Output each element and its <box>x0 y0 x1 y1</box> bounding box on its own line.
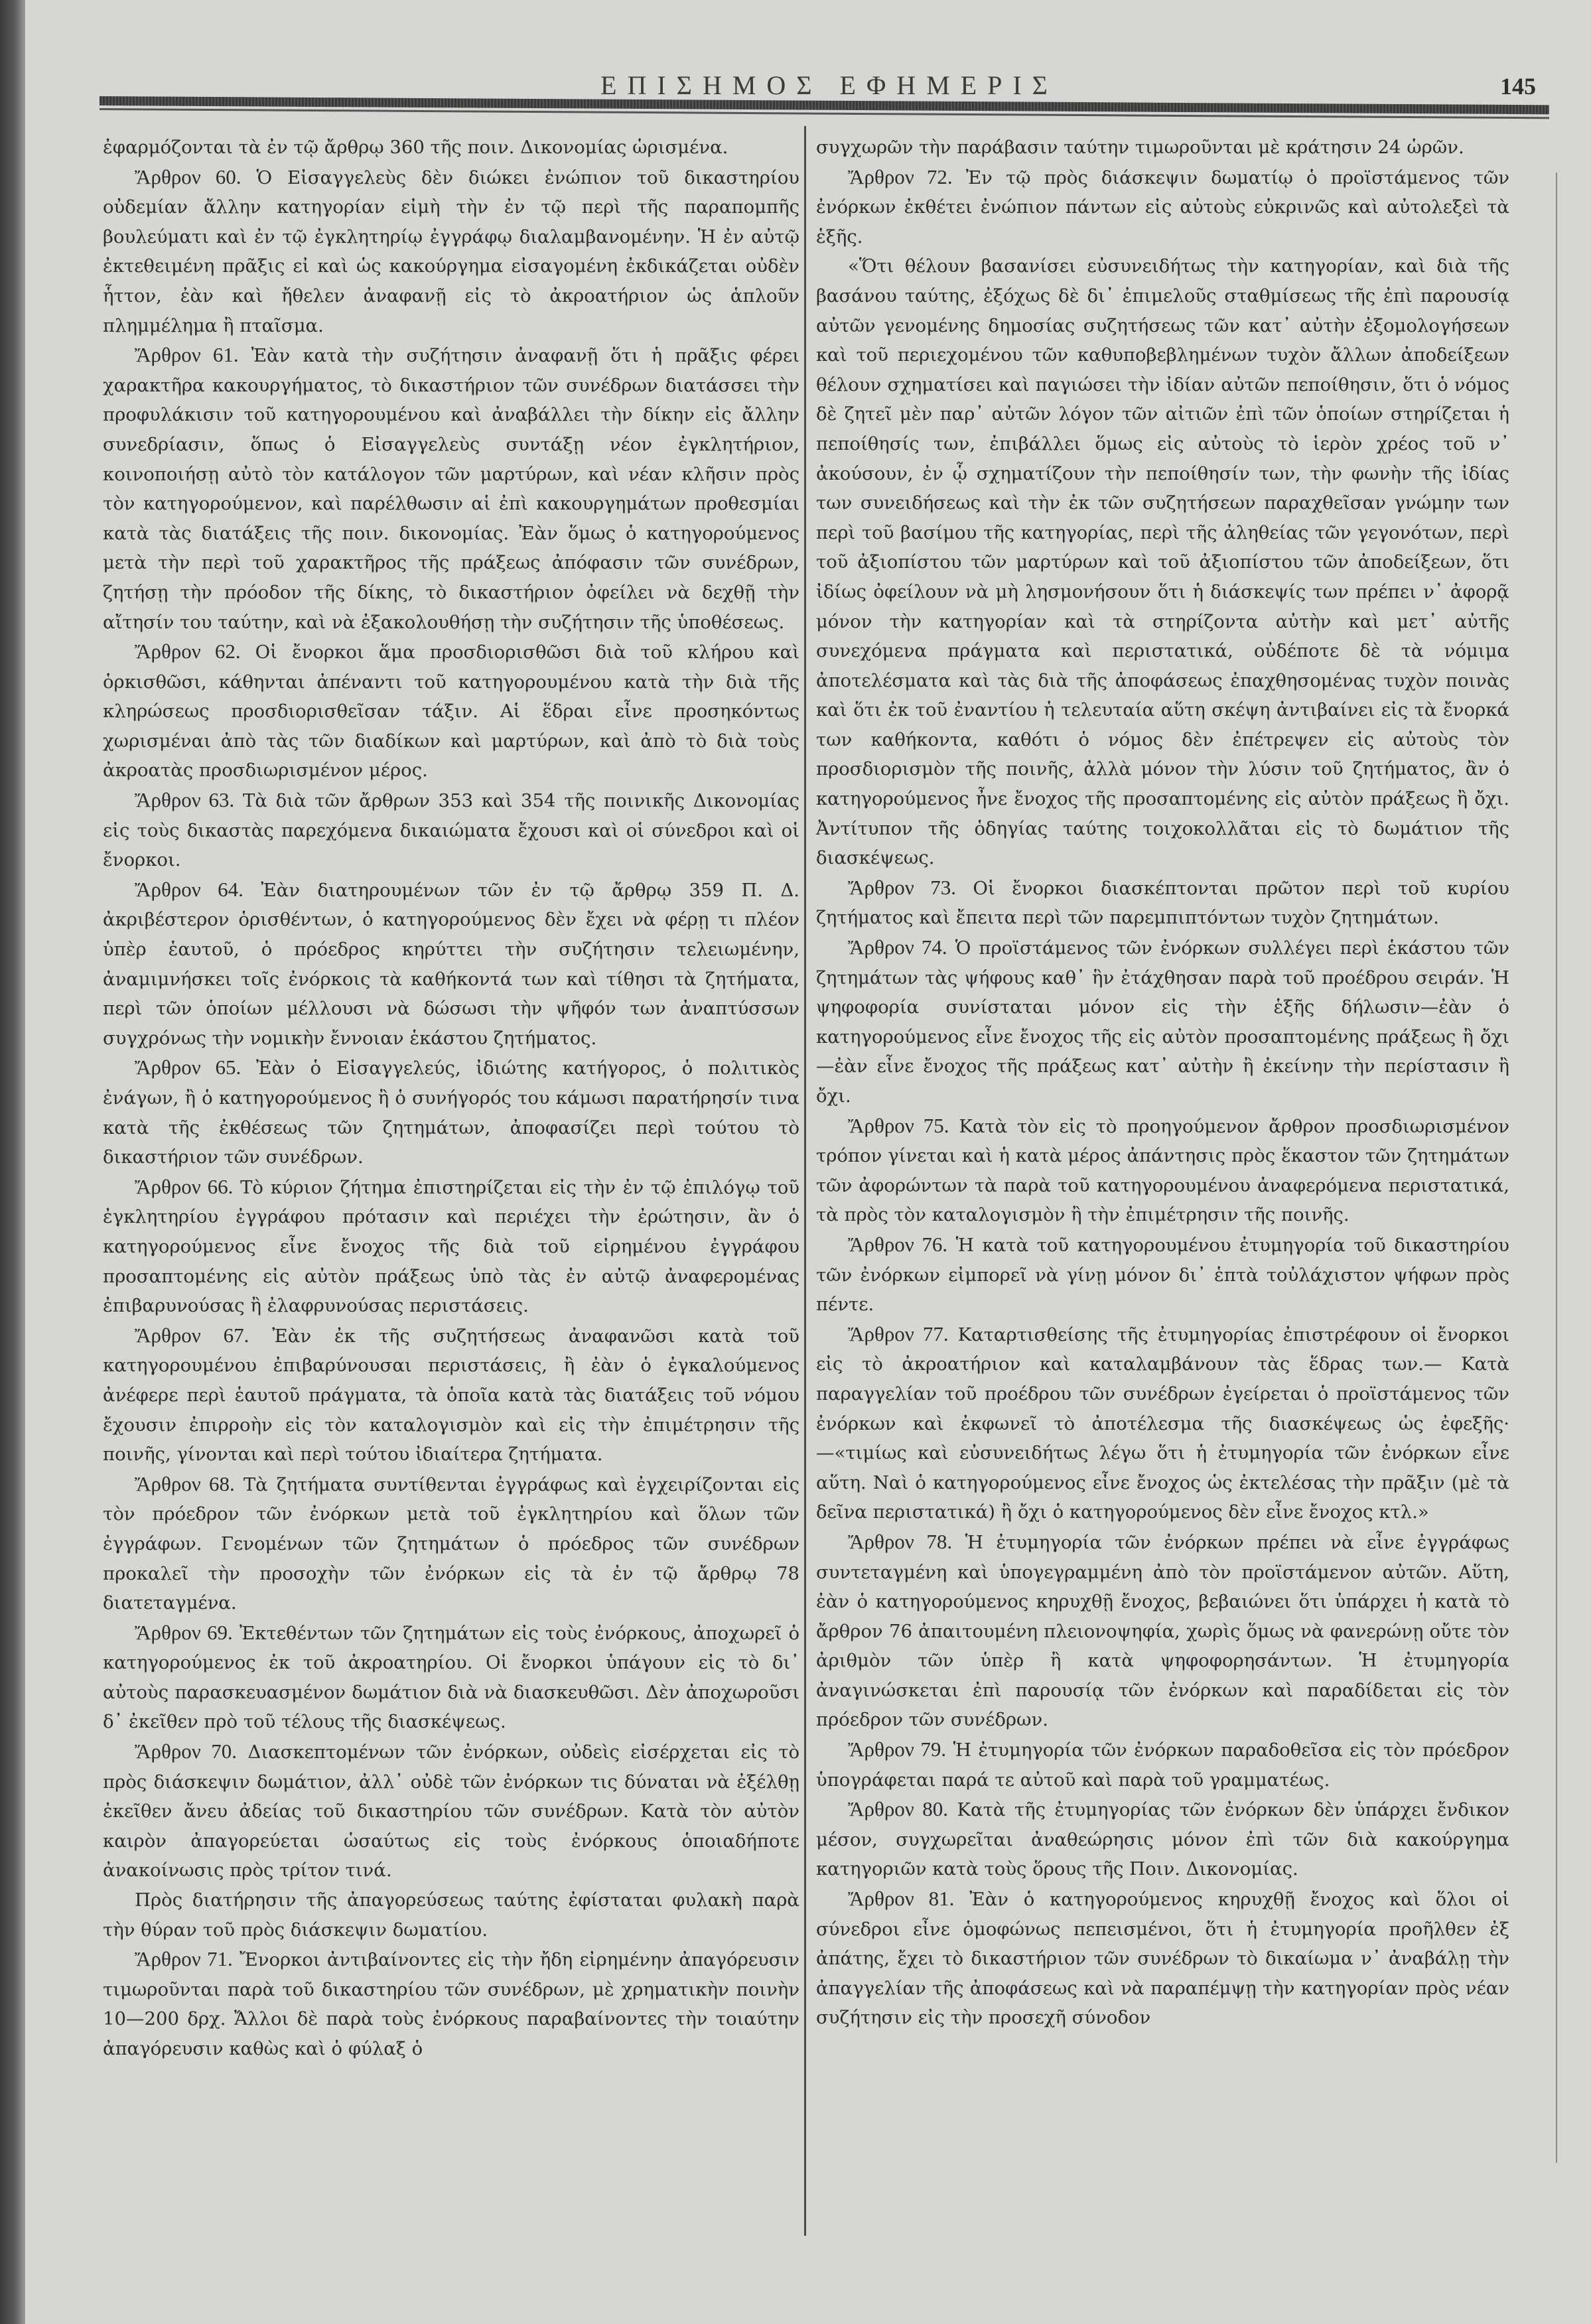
page-edge-line <box>1556 172 1557 2163</box>
article-text: Ὁ προϊστάμενος τῶν ἐνόρκων συλλέγει περὶ… <box>816 937 1509 1107</box>
text-paragraph: «Ὅτι θέλουν βασανίσει εὐσυνειδήτως τὴν κ… <box>816 251 1509 872</box>
article-paragraph: Ἄρθρον 77. Καταρτισθείσης τῆς ἐτυμηγορία… <box>816 1320 1509 1527</box>
article-text: «Ὅτι θέλουν βασανίσει εὐσυνειδήτως τὴν κ… <box>816 255 1509 868</box>
article-text: Ἐὰν κατὰ τὴν συζήτησιν ἀναφανῇ ὅτι ἡ πρᾶ… <box>103 345 799 632</box>
article-paragraph: Ἄρθρον 72. Ἐν τῷ πρὸς διάσκεψιν δωματίῳ … <box>816 163 1509 252</box>
article-paragraph: Ἄρθρον 76. Ἡ κατὰ τοῦ κατηγορουμένου ἐτυ… <box>816 1230 1509 1320</box>
article-paragraph: Ἄρθρον 81. Ἐὰν ὁ κατηγορούμενος κηρυχθῇ … <box>816 1884 1509 2033</box>
article-number: Ἄρθρον 73. <box>848 876 956 899</box>
article-text: συγχωρῶν τὴν παράβασιν ταύτην τιμωροῦντα… <box>816 137 1464 158</box>
article-number: Ἄρθρον 60. <box>135 165 242 188</box>
article-number: Ἄρθρον 67. <box>135 1324 249 1347</box>
article-paragraph: Ἄρθρον 61. Ἐὰν κατὰ τὴν συζήτησιν ἀναφαν… <box>103 340 799 637</box>
article-number: Ἄρθρον 76. <box>848 1233 947 1256</box>
left-column: ἐφαρμόζονται τὰ ἐν τῷ ἄρθρῳ 360 τῆς ποιν… <box>103 133 799 2064</box>
article-text: ἐφαρμόζονται τὰ ἐν τῷ ἄρθρῳ 360 τῆς ποιν… <box>103 137 728 158</box>
article-number: Ἄρθρον 78. <box>848 1530 952 1553</box>
article-number: Ἄρθρον 75. <box>848 1114 949 1137</box>
article-number: Ἄρθρον 62. <box>135 640 241 663</box>
article-paragraph: Ἄρθρον 62. Οἱ ἔνορκοι ἅμα προσδιορισθῶσι… <box>103 637 799 786</box>
article-paragraph: Ἄρθρον 66. Τὸ κύριον ζήτημα ἐπιστηρίζετα… <box>103 1172 799 1321</box>
article-number: Ἄρθρον 64. <box>135 878 243 901</box>
article-number: Ἄρθρον 63. <box>135 788 234 811</box>
article-paragraph: Ἄρθρον 60. Ὁ Εἰσαγγελεὺς δὲν διώκει ἐνώπ… <box>103 163 799 341</box>
article-paragraph: Ἄρθρον 73. Οἱ ἔνορκοι διασκέπτονται πρῶτ… <box>816 873 1509 933</box>
article-paragraph: Ἄρθρον 68. Τὰ ζητήματα συντίθενται ἐγγρά… <box>103 1470 799 1618</box>
article-text: Πρὸς διατήρησιν τῆς ἀπαγορεύσεως ταύτης … <box>103 1889 799 1941</box>
article-paragraph: Ἄρθρον 71. Ἔνορκοι ἀντιβαίνοντες εἰς τὴν… <box>103 1945 799 2063</box>
article-paragraph: Ἄρθρον 63. Τὰ διὰ τῶν ἄρθρων 353 καὶ 354… <box>103 786 799 875</box>
article-text: Ὁ Εἰσαγγελεὺς δὲν διώκει ἐνώπιον τοῦ δικ… <box>103 167 799 336</box>
column-divider <box>804 126 806 2236</box>
article-paragraph: Ἄρθρον 69. Ἐκτεθέντων τῶν ζητημάτων εἰς … <box>103 1618 799 1737</box>
article-paragraph: Ἄρθρον 78. Ἡ ἐτυμηγορία τῶν ἐνόρκων πρέπ… <box>816 1527 1509 1735</box>
article-paragraph: Ἄρθρον 64. Ἐὰν διατηρουμένων τῶν ἐν τῷ ἄ… <box>103 875 799 1054</box>
article-text: Καταρτισθείσης τῆς ἐτυμηγορίας ἐπιστρέφο… <box>816 1324 1509 1523</box>
article-paragraph: Ἄρθρον 79. Ἡ ἐτυμηγορία τῶν ἐνόρκων παρα… <box>816 1735 1509 1795</box>
article-number: Ἄρθρον 71. <box>135 1947 233 1970</box>
text-paragraph: Πρὸς διατήρησιν τῆς ἀπαγορεύσεως ταύτης … <box>103 1885 799 1945</box>
article-number: Ἄρθρον 69. <box>135 1621 233 1644</box>
article-paragraph: Ἄρθρον 80. Κατὰ τῆς ἐτυμηγορίας τῶν ἐνόρ… <box>816 1795 1509 1884</box>
page-number: 145 <box>1500 72 1536 100</box>
article-text: Ἡ ἐτυμηγορία τῶν ἐνόρκων πρέπει νὰ εἶνε … <box>816 1532 1509 1731</box>
article-paragraph: Ἄρθρον 70. Διασκεπτομένων τῶν ἐνόρκων, ο… <box>103 1737 799 1885</box>
text-paragraph: συγχωρῶν τὴν παράβασιν ταύτην τιμωροῦντα… <box>816 133 1509 163</box>
text-paragraph: ἐφαρμόζονται τὰ ἐν τῷ ἄρθρῳ 360 τῆς ποιν… <box>103 133 799 163</box>
scan-binding-shadow <box>0 0 25 2324</box>
article-number: Ἄρθρον 61. <box>135 343 239 366</box>
article-number: Ἄρθρον 72. <box>848 165 953 188</box>
article-paragraph: Ἄρθρον 65. Ἐὰν ὁ Εἰσαγγελεύς, ἰδιώτης κα… <box>103 1053 799 1172</box>
article-paragraph: Ἄρθρον 74. Ὁ προϊστάμενος τῶν ἐνόρκων συ… <box>816 933 1509 1111</box>
right-column: συγχωρῶν τὴν παράβασιν ταύτην τιμωροῦντα… <box>816 133 1509 2033</box>
article-paragraph: Ἄρθρον 67. Ἐὰν ἐκ τῆς συζητήσεως ἀναφανῶ… <box>103 1321 799 1470</box>
article-number: Ἄρθρον 70. <box>135 1740 237 1763</box>
article-number: Ἄρθρον 65. <box>135 1056 241 1079</box>
article-text: Ἐὰν διατηρουμένων τῶν ἐν τῷ ἄρθρῳ 359 Π.… <box>103 880 799 1049</box>
article-number: Ἄρθρον 79. <box>848 1738 946 1761</box>
article-number: Ἄρθρον 80. <box>848 1797 948 1820</box>
article-number: Ἄρθρον 77. <box>848 1322 949 1345</box>
article-number: Ἄρθρον 74. <box>848 935 947 959</box>
article-number: Ἄρθρον 68. <box>135 1472 235 1495</box>
masthead-title: ΕΠΙΣΗΜΟΣ ΕΦΗΜΕΡΙΣ <box>100 70 1559 101</box>
article-paragraph: Ἄρθρον 75. Κατὰ τὸν εἰς τὸ προηγούμενον … <box>816 1111 1509 1230</box>
article-number: Ἄρθρον 81. <box>848 1887 954 1910</box>
article-number: Ἄρθρον 66. <box>135 1175 233 1198</box>
